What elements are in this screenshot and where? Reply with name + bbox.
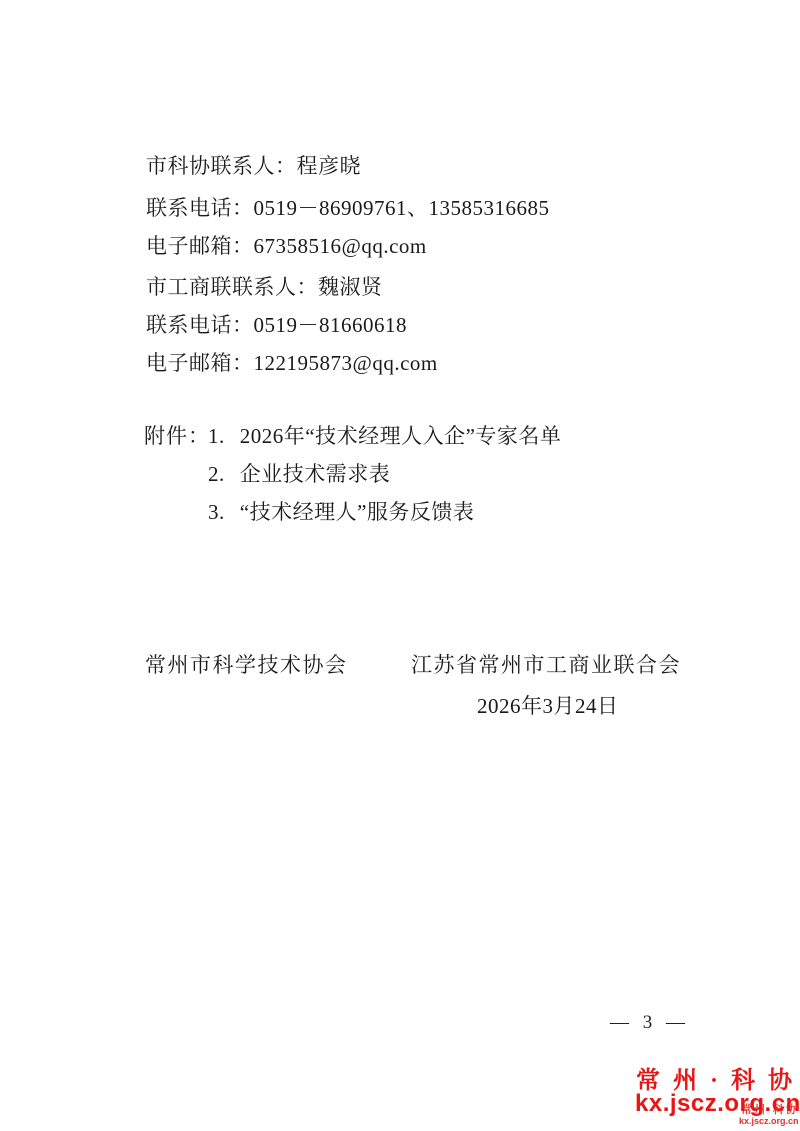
contact-line-kexie-phone: 联系电话：0519－86909761、13585316685: [146, 195, 550, 221]
attachment-number: 2.: [208, 461, 225, 487]
attachment-text: “技术经理人”服务反馈表: [240, 499, 475, 525]
attachment-number: 3.: [208, 499, 225, 525]
contact-line-gongshanglian-email: 电子邮箱：122195873@qq.com: [146, 350, 438, 376]
attachment-item-2: 2. 企业技术需求表: [144, 461, 390, 487]
attachment-text: 企业技术需求表: [240, 461, 391, 487]
attachment-number: 1.: [208, 423, 225, 449]
attachment-text: 2026年“技术经理人入企”专家名单: [240, 423, 562, 449]
attachment-item-1: 附件： 1. 2026年“技术经理人入企”专家名单: [144, 423, 561, 449]
contact-line-gongshanglian-phone: 联系电话：0519－81660618: [146, 312, 407, 338]
signature-date: 2026年3月24日: [477, 690, 619, 720]
signature-org-right: 江苏省常州市工商业联合会: [411, 649, 681, 679]
attachments-label: 附件：: [144, 423, 208, 449]
document-page: 市科协联系人：程彦晓 联系电话：0519－86909761、1358531668…: [0, 0, 800, 1131]
contact-line-gongshanglian-person: 市工商联联系人：魏淑贤: [146, 274, 383, 300]
attachment-item-3: 3. “技术经理人”服务反馈表: [144, 499, 474, 525]
signature-org-left: 常州市科学技术协会: [145, 649, 348, 679]
watermark-site-url: kx.jscz.org.cn: [635, 1090, 800, 1118]
page-number: — 3 —: [610, 1012, 685, 1034]
contact-line-kexie-person: 市科协联系人：程彦晓: [146, 153, 361, 179]
contact-line-kexie-email: 电子邮箱：67358516@qq.com: [146, 233, 427, 259]
